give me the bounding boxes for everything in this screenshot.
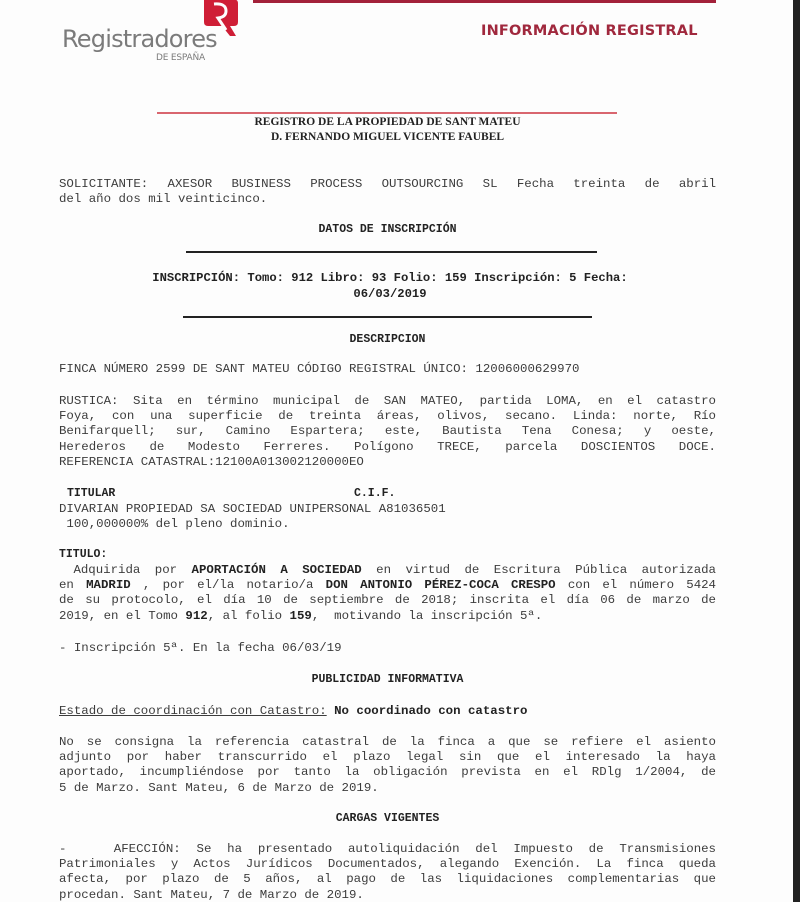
catastro-note-line: No se consigna la referencia catastral d… — [59, 735, 716, 750]
owner-line: DIVARIAN PROPIEDAD SA SOCIEDAD UNIPERSON… — [59, 502, 716, 517]
titulo-paragraph: Adquirida por APORTACIÓN A SOCIEDAD en v… — [59, 563, 716, 624]
inscription-date: 06/03/2019 — [0, 286, 780, 302]
catastro-note-line: 5 de Marzo. Sant Mateu, 6 de Marzo de 20… — [59, 781, 716, 796]
rustica-line: Benifarquell; sur, Camino Espartera; est… — [59, 424, 716, 439]
inscription-note: - Inscripción 5ª. En la fecha 06/03/19 — [59, 641, 716, 656]
coordination-status: Estado de coordinación con Catastro: No … — [59, 704, 716, 719]
catastro-note-line: aportado, incumpliéndose por tanto la ob… — [59, 765, 716, 780]
logo-subtitle: DE ESPAÑA — [156, 53, 205, 63]
share-line: 100,000000% del pleno dominio. — [59, 517, 716, 532]
rustica-line: Herederos de Modesto Ferreres. Polígono … — [59, 440, 716, 455]
divider — [186, 251, 597, 253]
titulo-line: 2019, en el Tomo 912, al folio 159, moti… — [59, 609, 716, 624]
publicidad-heading: PUBLICIDAD INFORMATIVA — [0, 673, 775, 686]
cargas-line: Patrimoniales y Actos Jurídicos Document… — [59, 857, 716, 872]
header-divider — [157, 112, 617, 114]
inscription-details: INSCRIPCIÓN: Tomo: 912 Libro: 93 Folio: … — [0, 270, 780, 286]
rustica-paragraph: RUSTICA: Sita en término municipal de SA… — [59, 394, 716, 470]
cif-label: C.I.F. — [354, 487, 395, 500]
titulo-label: TITULO: — [59, 548, 107, 561]
cargas-line: procedan. Sant Mateu, 7 de Marzo de 2019… — [59, 888, 716, 902]
request-paragraph: SOLICITANTE: AXESOR BUSINESS PROCESS OUT… — [59, 177, 716, 207]
rustica-line: Foya, con una superficie de treinta área… — [59, 409, 716, 424]
window-edge — [793, 0, 800, 902]
titulo-line: en MADRID , por el/la notario/a DON ANTO… — [59, 578, 716, 593]
inscription-heading: DATOS DE INSCRIPCIÓN — [0, 223, 775, 236]
page-title: INFORMACIÓN REGISTRAL — [481, 23, 698, 39]
titulo-line: de su protocolo, el día 10 de septiembre… — [59, 593, 716, 608]
cargas-paragraph: - AFECCIÓN: Se ha presentado autoliquida… — [59, 842, 716, 902]
titulo-line: Adquirida por APORTACIÓN A SOCIEDAD en v… — [59, 563, 716, 578]
description-heading: DESCRIPCION — [0, 333, 775, 346]
catastro-note: No se consigna la referencia catastral d… — [59, 735, 716, 796]
coordination-value: No coordinado con catastro — [334, 704, 527, 718]
cargas-heading: CARGAS VIGENTES — [0, 812, 775, 825]
owner-paragraph: DIVARIAN PROPIEDAD SA SOCIEDAD UNIPERSON… — [59, 502, 716, 532]
cargas-line: - AFECCIÓN: Se ha presentado autoliquida… — [59, 842, 716, 857]
registry-office: REGISTRO DE LA PROPIEDAD DE SANT MATEU — [0, 116, 775, 128]
titular-label: TITULAR — [67, 487, 115, 500]
divider — [183, 316, 592, 318]
request-line: del año dos mil veinticinco. — [59, 192, 716, 207]
rustica-line: REFERENCIA CATASTRAL:12100A013002120000E… — [59, 455, 716, 470]
cargas-line: afecta, por plazo de 5 años, al pago de … — [59, 872, 716, 887]
rustica-line: RUSTICA: Sita en término municipal de SA… — [59, 394, 716, 409]
registrar-name: D. FERNANDO MIGUEL VICENTE FAUBEL — [0, 131, 775, 143]
inscription-note-text: - Inscripción 5ª. En la fecha 06/03/19 — [59, 641, 716, 656]
header-top-bar — [253, 0, 716, 3]
catastro-note-line: adjunto por haber transcurrido el plazo … — [59, 750, 716, 765]
request-line: SOLICITANTE: AXESOR BUSINESS PROCESS OUT… — [59, 177, 716, 192]
finca-line: FINCA NÚMERO 2599 DE SANT MATEU CÓDIGO R… — [59, 362, 716, 377]
coordination-label: Estado de coordinación con Catastro: — [59, 704, 327, 718]
logo-wordmark: Registradores — [62, 25, 217, 53]
registradores-logo: Registradores DE ESPAÑA — [62, 0, 242, 70]
finca-text: FINCA NÚMERO 2599 DE SANT MATEU CÓDIGO R… — [59, 362, 716, 377]
